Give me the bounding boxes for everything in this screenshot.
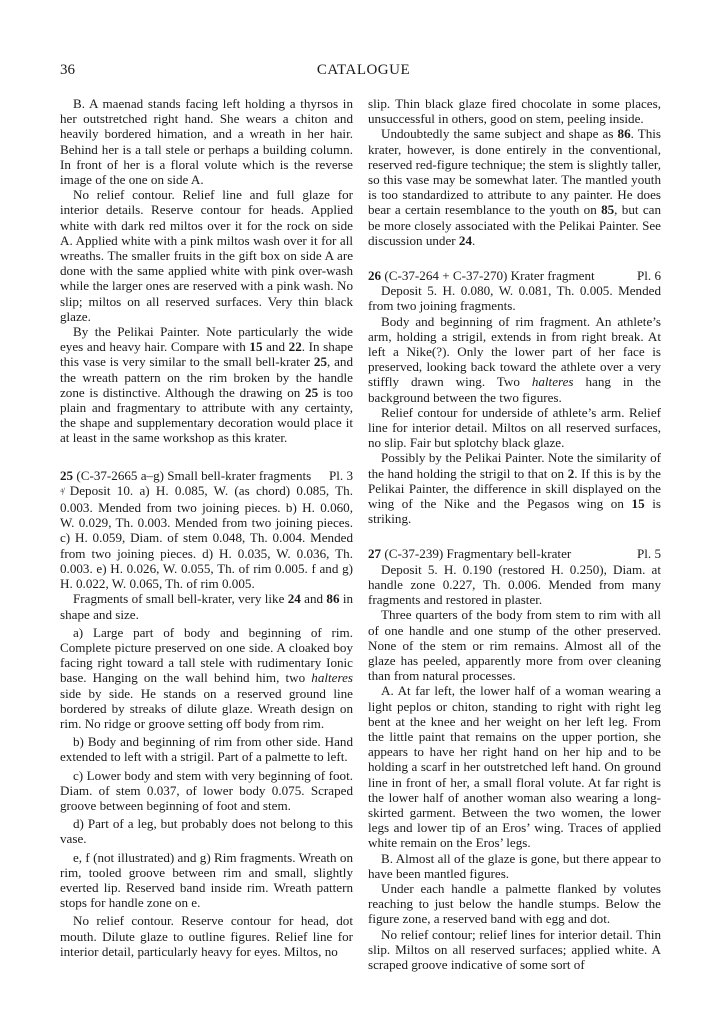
plate-reference: Pl. 6: [637, 268, 661, 283]
paragraph-discussion: Undoubtedly the same subject and shape a…: [368, 126, 661, 248]
catalogue-entry-27-heading: 27 (C-37-239) Fragmentary bell-krater Pl…: [368, 546, 661, 561]
entry-number: 25: [60, 468, 73, 483]
cross-reference: 25: [305, 385, 318, 400]
entry-title: (C-37-239) Fragmentary bell-krater: [381, 546, 571, 561]
entry-title: (C-37-2665 a–g) Small bell-krater fragme…: [73, 468, 311, 483]
entry-27-side-a: A. At far left, the lower half of a woma…: [368, 683, 661, 850]
entry-26-details: Deposit 5. H. 0.080, W. 0.081, Th. 0.005…: [368, 283, 661, 313]
paragraph-side-b: B. A maenad stands facing left holding a…: [60, 96, 353, 187]
entry-25-summary: Fragments of small bell-krater, very lik…: [60, 591, 353, 621]
cross-reference: 15: [249, 339, 262, 354]
entry-26-technique: Relief contour for underside of athlete’…: [368, 405, 661, 451]
entry-27-details: Deposit 5. H. 0.190 (restored H. 0.250),…: [368, 562, 661, 608]
entry-26-description: Body and beginning of rim fragment. An a…: [368, 314, 661, 405]
entry-25-fragment-d: d) Part of a leg, but probably does not …: [60, 816, 353, 846]
cross-reference: 25: [314, 354, 327, 369]
entry-27-technique: No relief contour; relief lines for inte…: [368, 927, 661, 973]
running-title: CATALOGUE: [60, 62, 667, 79]
entry-27-preservation: Three quarters of the body from stem to …: [368, 607, 661, 683]
right-column: slip. Thin black glaze fired chocolate i…: [368, 96, 661, 972]
running-head: 36 CATALOGUE: [60, 62, 667, 84]
entry-26-attribution: Possibly by the Pelikai Painter. Note th…: [368, 450, 661, 526]
entry-25-details: ⁴̸ Deposit 10. a) H. 0.085, W. (as chord…: [60, 483, 353, 591]
entry-25-technique: No relief contour. Reserve contour for h…: [60, 913, 353, 959]
paragraph-technique: No relief contour. Relief line and full …: [60, 187, 353, 324]
paragraph-attribution: By the Pelikai Painter. Note particularl…: [60, 324, 353, 446]
cross-reference: 22: [289, 339, 302, 354]
entry-number: 26: [368, 268, 381, 283]
entry-25-fragment-c: c) Lower body and stem with very beginni…: [60, 768, 353, 814]
left-column: B. A maenad stands facing left holding a…: [60, 96, 353, 959]
plate-reference: Pl. 3: [329, 468, 353, 483]
entry-27-handle-zone: Under each handle a palmette flanked by …: [368, 881, 661, 927]
entry-number: 27: [368, 546, 381, 561]
entry-27-side-b: B. Almost all of the glaze is gone, but …: [368, 851, 661, 881]
entry-25-fragment-b: b) Body and beginning of rim from other …: [60, 734, 353, 764]
entry-25-fragments-efg: e, f (not illustrated) and g) Rim fragme…: [60, 850, 353, 911]
catalogue-entry-26-heading: 26 (C-37-264 + C-37-270) Krater fragment…: [368, 268, 661, 283]
entry-25-fragment-a: a) Large part of body and beginning of r…: [60, 625, 353, 731]
continued-paragraph: slip. Thin black glaze fired chocolate i…: [368, 96, 661, 126]
entry-title: (C-37-264 + C-37-270) Krater fragment: [381, 268, 595, 283]
plate-reference: Pl. 5: [637, 546, 661, 561]
catalogue-entry-25-heading: 25 (C-37-2665 a–g) Small bell-krater fra…: [60, 468, 353, 483]
